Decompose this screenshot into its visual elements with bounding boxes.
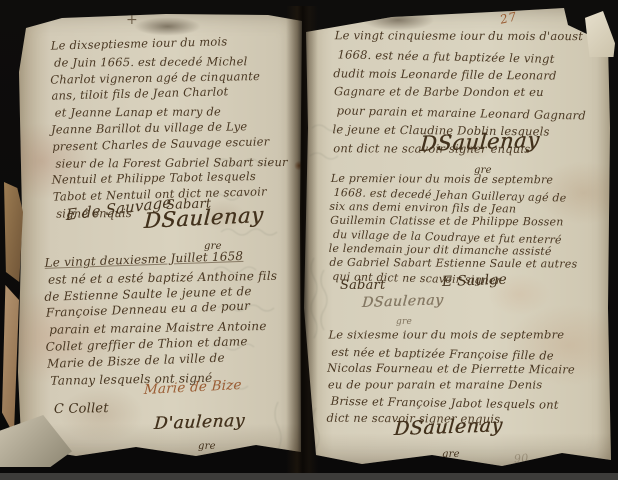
cross-mark: + bbox=[126, 12, 138, 28]
baptism-entry-anthoine-saulte: Le vingt deuxiesme Juillet 1658 est né e… bbox=[44, 249, 276, 389]
signature-desaulenay: DSaulenay bbox=[361, 292, 444, 311]
manuscript-scan: + Le dixseptiesme iour du mois de Juin 1… bbox=[0, 0, 618, 480]
left-page: + Le dixseptiesme iour du mois de Juin 1… bbox=[16, 12, 302, 464]
right-page: 27 Le vingt cinquiesme iour du mois d'ao… bbox=[302, 8, 612, 470]
signature-desaulenay: D'aulenay bbox=[153, 411, 245, 434]
signature-sabart: Sabart bbox=[340, 278, 385, 293]
manuscript-line: Guillemin Clatisse et de Philippe Bossen bbox=[330, 214, 578, 230]
manuscript-line: de Gabriel Sabart Estienne Saule et autr… bbox=[329, 256, 577, 272]
signature-desaulenay: DSaulenay bbox=[419, 128, 540, 156]
manuscript-line: Le vingt cinquiesme iour du mois d'aoust bbox=[335, 26, 584, 46]
signature-c-collet: C Collet bbox=[54, 401, 109, 417]
manuscript-line: Le dixseptiesme iour du mois bbox=[51, 32, 284, 54]
burial-entry-jehan-guilleray: Le premier iour du mois de septembre 166… bbox=[329, 172, 579, 288]
signature-desaulenay: DSaulenay bbox=[393, 414, 503, 440]
signature-title-greffier: gre bbox=[442, 449, 460, 460]
manuscript-line: Le premier iour du mois de septembre bbox=[331, 172, 579, 188]
signature-title-greffier: gre bbox=[396, 317, 412, 327]
manuscript-line: Gagnare et de Barbe Dondon et eu bbox=[334, 83, 583, 103]
signature-e-saulge: E Saulge bbox=[442, 272, 507, 290]
manuscript-line: Nicolas Fourneau et de Pierrette Micaire bbox=[327, 360, 575, 378]
signature-desaulenay: DSaulenay bbox=[143, 203, 264, 233]
torn-page-remnant bbox=[4, 182, 23, 282]
book-spine-shadow bbox=[286, 6, 318, 474]
baptism-entry-francoise-fourneau: Le sixiesme iour du mois de septembre es… bbox=[327, 327, 576, 429]
folded-corner bbox=[585, 11, 615, 57]
manuscript-line: eu de pour parain et maraine Denis bbox=[328, 376, 576, 393]
scan-bottom-strip bbox=[0, 473, 618, 480]
pencil-mark: 90 bbox=[514, 452, 529, 466]
signature-title-greffier: gre bbox=[198, 441, 216, 452]
manuscript-line: Le sixiesme iour du mois de septembre bbox=[328, 327, 576, 344]
folio-number: 27 bbox=[499, 9, 519, 26]
torn-page-remnant bbox=[2, 285, 19, 435]
